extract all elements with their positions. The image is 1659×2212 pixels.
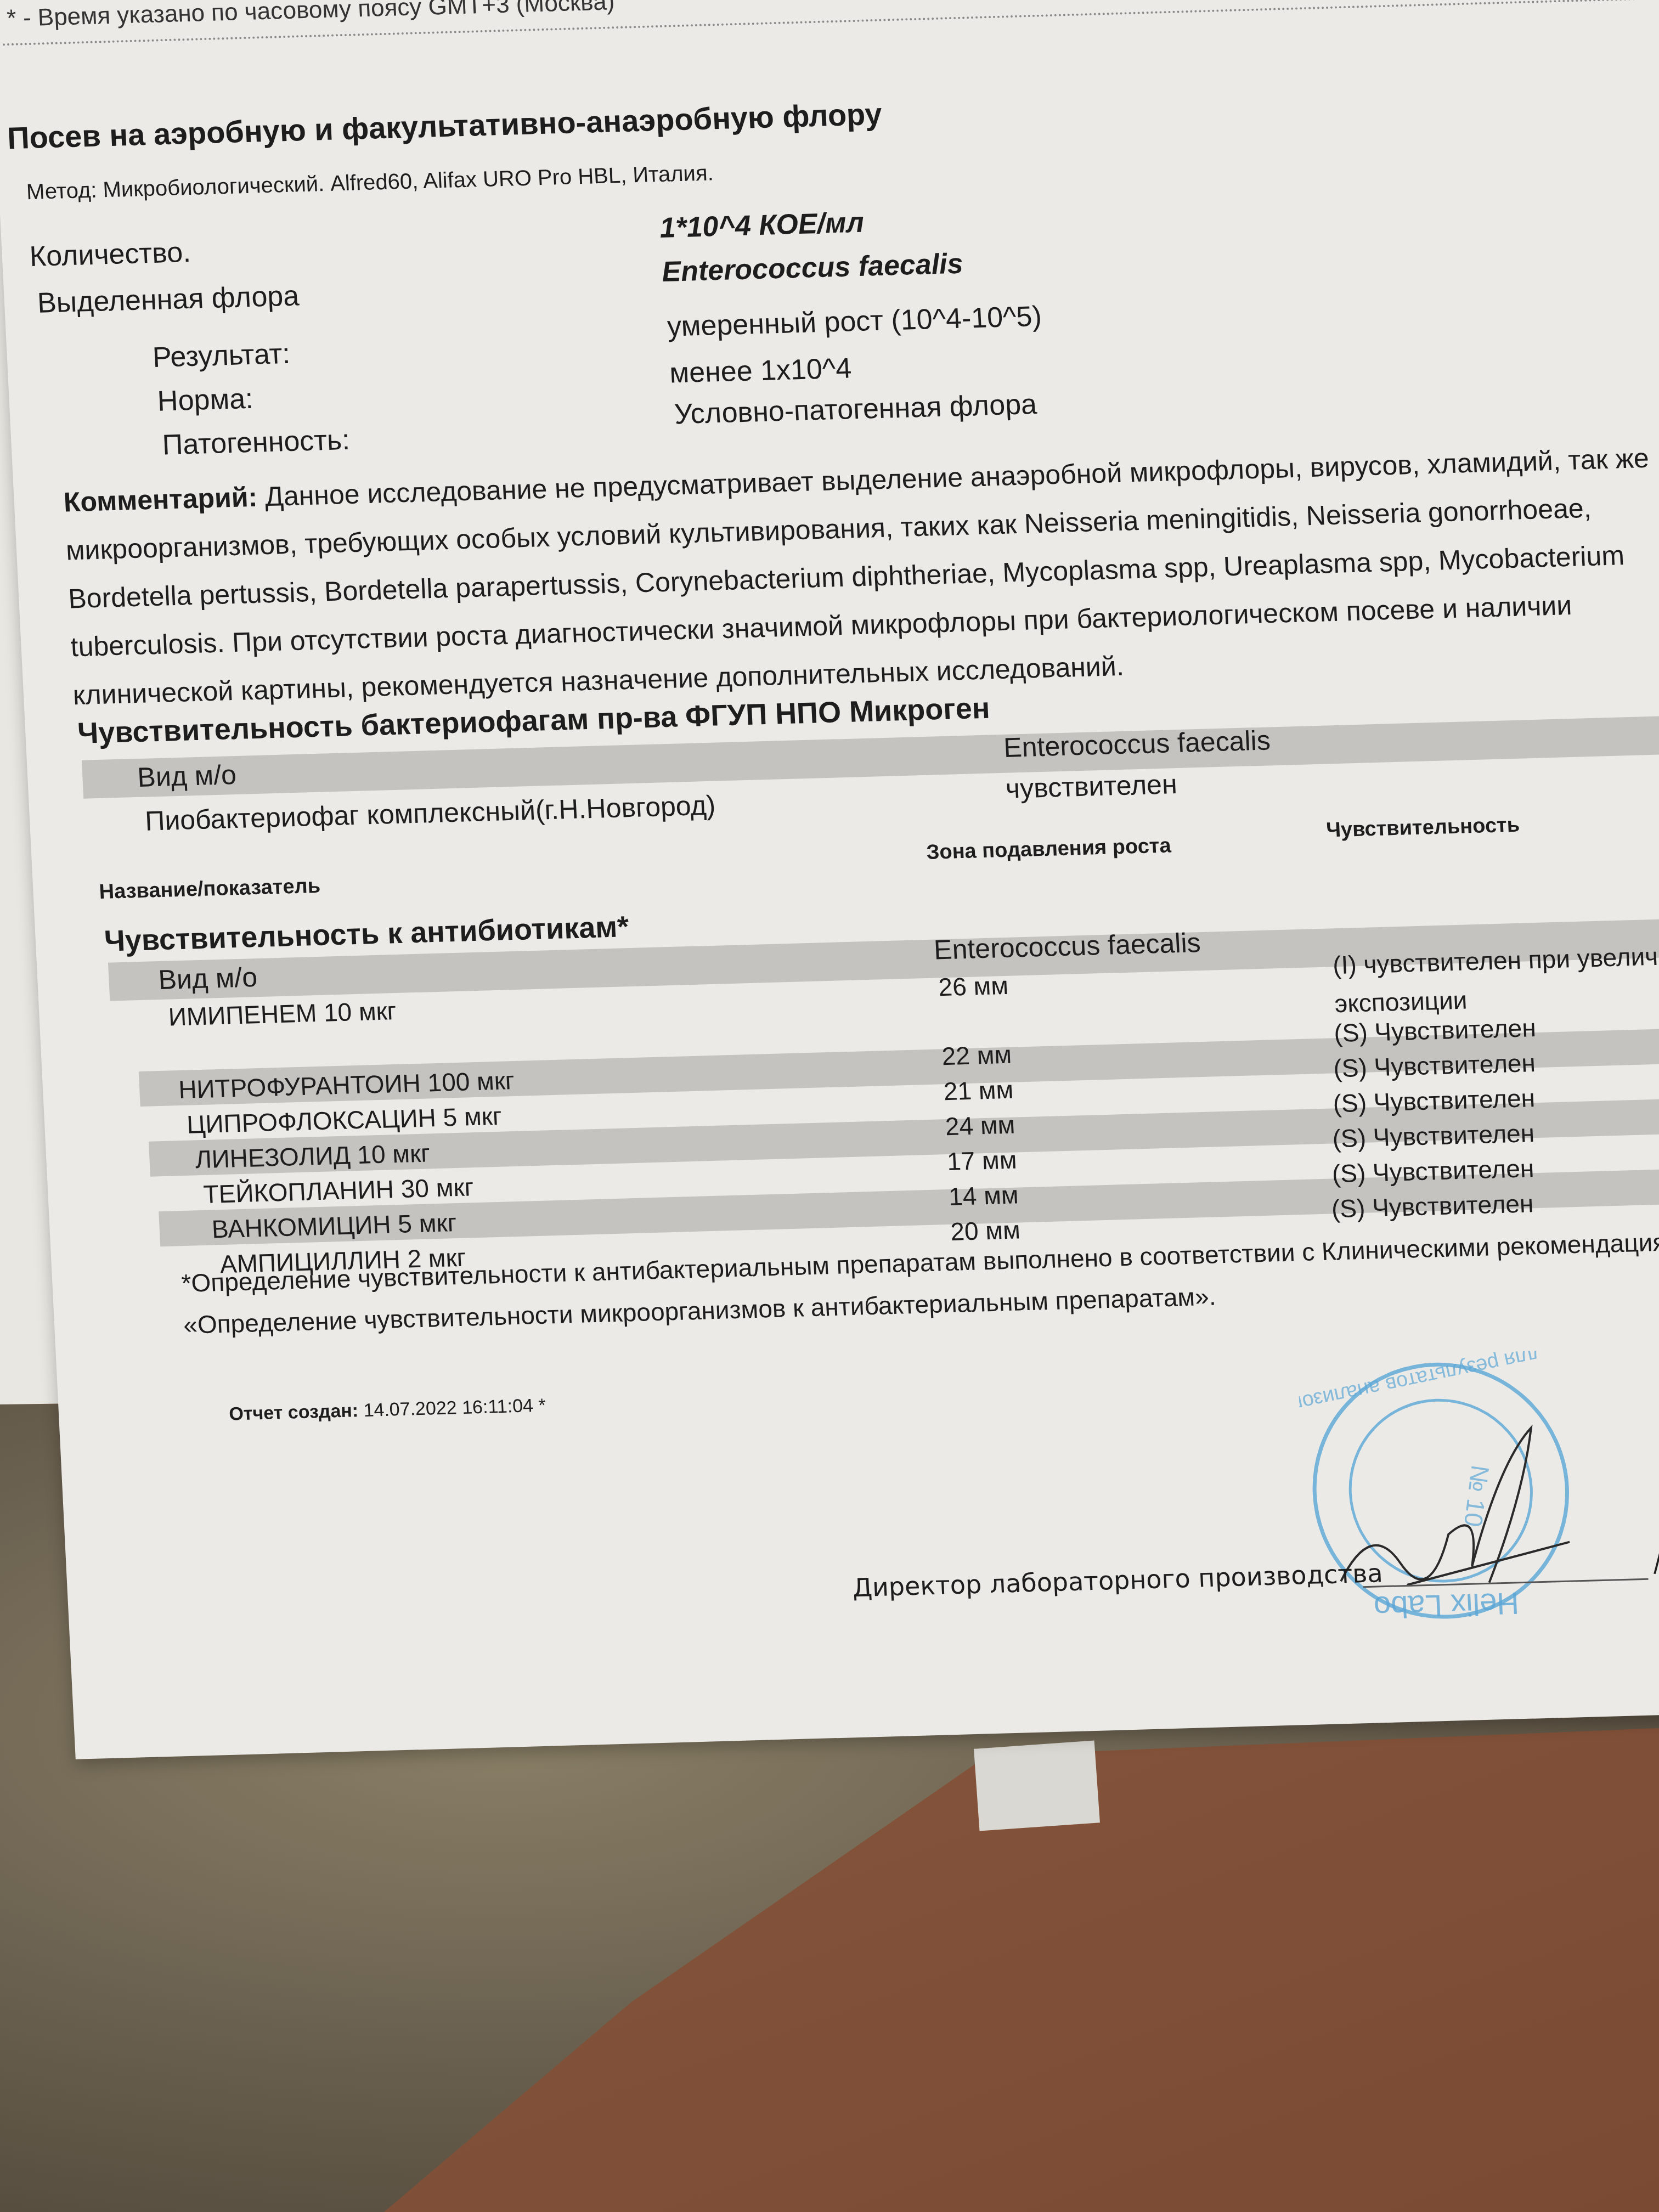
inhibition-zone: 14 мм bbox=[948, 1180, 1019, 1211]
sensitivity-result: (S) Чувствителен bbox=[1333, 1048, 1536, 1083]
pathogenicity-label: Патогенность: bbox=[161, 424, 351, 461]
norm-label: Норма: bbox=[157, 382, 254, 418]
quantity-label: Количество. bbox=[29, 236, 191, 273]
inhibition-zone: 24 мм bbox=[945, 1110, 1016, 1141]
quantity-value: 1*10^4 КОЕ/мл bbox=[659, 206, 865, 245]
col-header-name: Название/показатель bbox=[99, 874, 321, 904]
method-line: Метод: Микробиологический. Alfred60, Ali… bbox=[26, 161, 714, 205]
result-value: умеренный рост (10^4-10^5) bbox=[667, 300, 1042, 343]
inhibition-zone: 26 мм bbox=[938, 970, 1009, 1002]
stamp-center-text: № 10 bbox=[1459, 1463, 1495, 1529]
inhibition-zone: 22 мм bbox=[941, 1040, 1012, 1071]
antibiotic-name: ИМИПЕНЕМ 10 мкг bbox=[168, 996, 397, 1032]
flora-value: Enterococcus faecalis bbox=[661, 247, 964, 289]
sensitivity-result: (S) Чувствителен bbox=[1331, 1118, 1535, 1153]
comment-label: Комментарий: bbox=[63, 482, 258, 518]
inhibition-zone: 21 мм bbox=[943, 1075, 1014, 1106]
director-name: /Н. М. К bbox=[1652, 1545, 1659, 1577]
director-label: Директор лабораторного производства bbox=[852, 1558, 1384, 1602]
norm-value: менее 1x10^4 bbox=[669, 352, 853, 390]
paper-strip bbox=[974, 1741, 1100, 1831]
inhibition-zone: 17 мм bbox=[946, 1145, 1018, 1176]
flora-label: Выделенная флора bbox=[37, 279, 300, 319]
timezone-note: * - Время указано по часовому поясу GMT+… bbox=[6, 0, 615, 32]
phage-row-result: чувствителен bbox=[1005, 768, 1178, 805]
sensitivity-result-cont: экспозиции bbox=[1334, 985, 1468, 1019]
created-label: Отчет создан: bbox=[228, 1400, 359, 1425]
sensitivity-result: (S) Чувствителен bbox=[1332, 1083, 1536, 1118]
test-title: Посев на аэробную и факультативно-анаэро… bbox=[7, 96, 883, 156]
col-header-zone: Зона подавления роста bbox=[926, 834, 1172, 864]
comment-text: Данное исследование не предусматривает в… bbox=[65, 443, 1650, 710]
comment-block: Комментарий: Данное исследование не пред… bbox=[63, 432, 1659, 719]
lab-stamp-icon: Helix Labo для результатов анализов № 10 bbox=[1297, 1350, 1584, 1631]
stamp-top-text: Helix Labo bbox=[1373, 1586, 1520, 1624]
sensitivity-result: (S) Чувствителен bbox=[1331, 1188, 1534, 1223]
created-value: 14.07.2022 16:11:04 * bbox=[363, 1395, 546, 1421]
report-sheet: * - Время указано по часовому поясу GMT+… bbox=[0, 0, 1659, 1759]
phage-header-label: Вид м/о bbox=[137, 759, 237, 793]
sensitivity-result: (S) Чувствителен bbox=[1331, 1153, 1535, 1188]
antibiotic-header-label: Вид м/о bbox=[157, 961, 258, 996]
report-created: Отчет создан: 14.07.2022 16:11:04 * bbox=[228, 1395, 546, 1425]
sensitivity-result: (S) Чувствителен bbox=[1333, 1013, 1537, 1048]
pathogenicity-value: Условно-патогенная флора bbox=[674, 388, 1038, 431]
col-header-sensitivity: Чувствительность bbox=[1325, 814, 1520, 843]
phage-row-name: Пиобактериофаг комплексный(г.Н.Новгород) bbox=[144, 789, 716, 837]
result-label: Результат: bbox=[152, 337, 291, 374]
